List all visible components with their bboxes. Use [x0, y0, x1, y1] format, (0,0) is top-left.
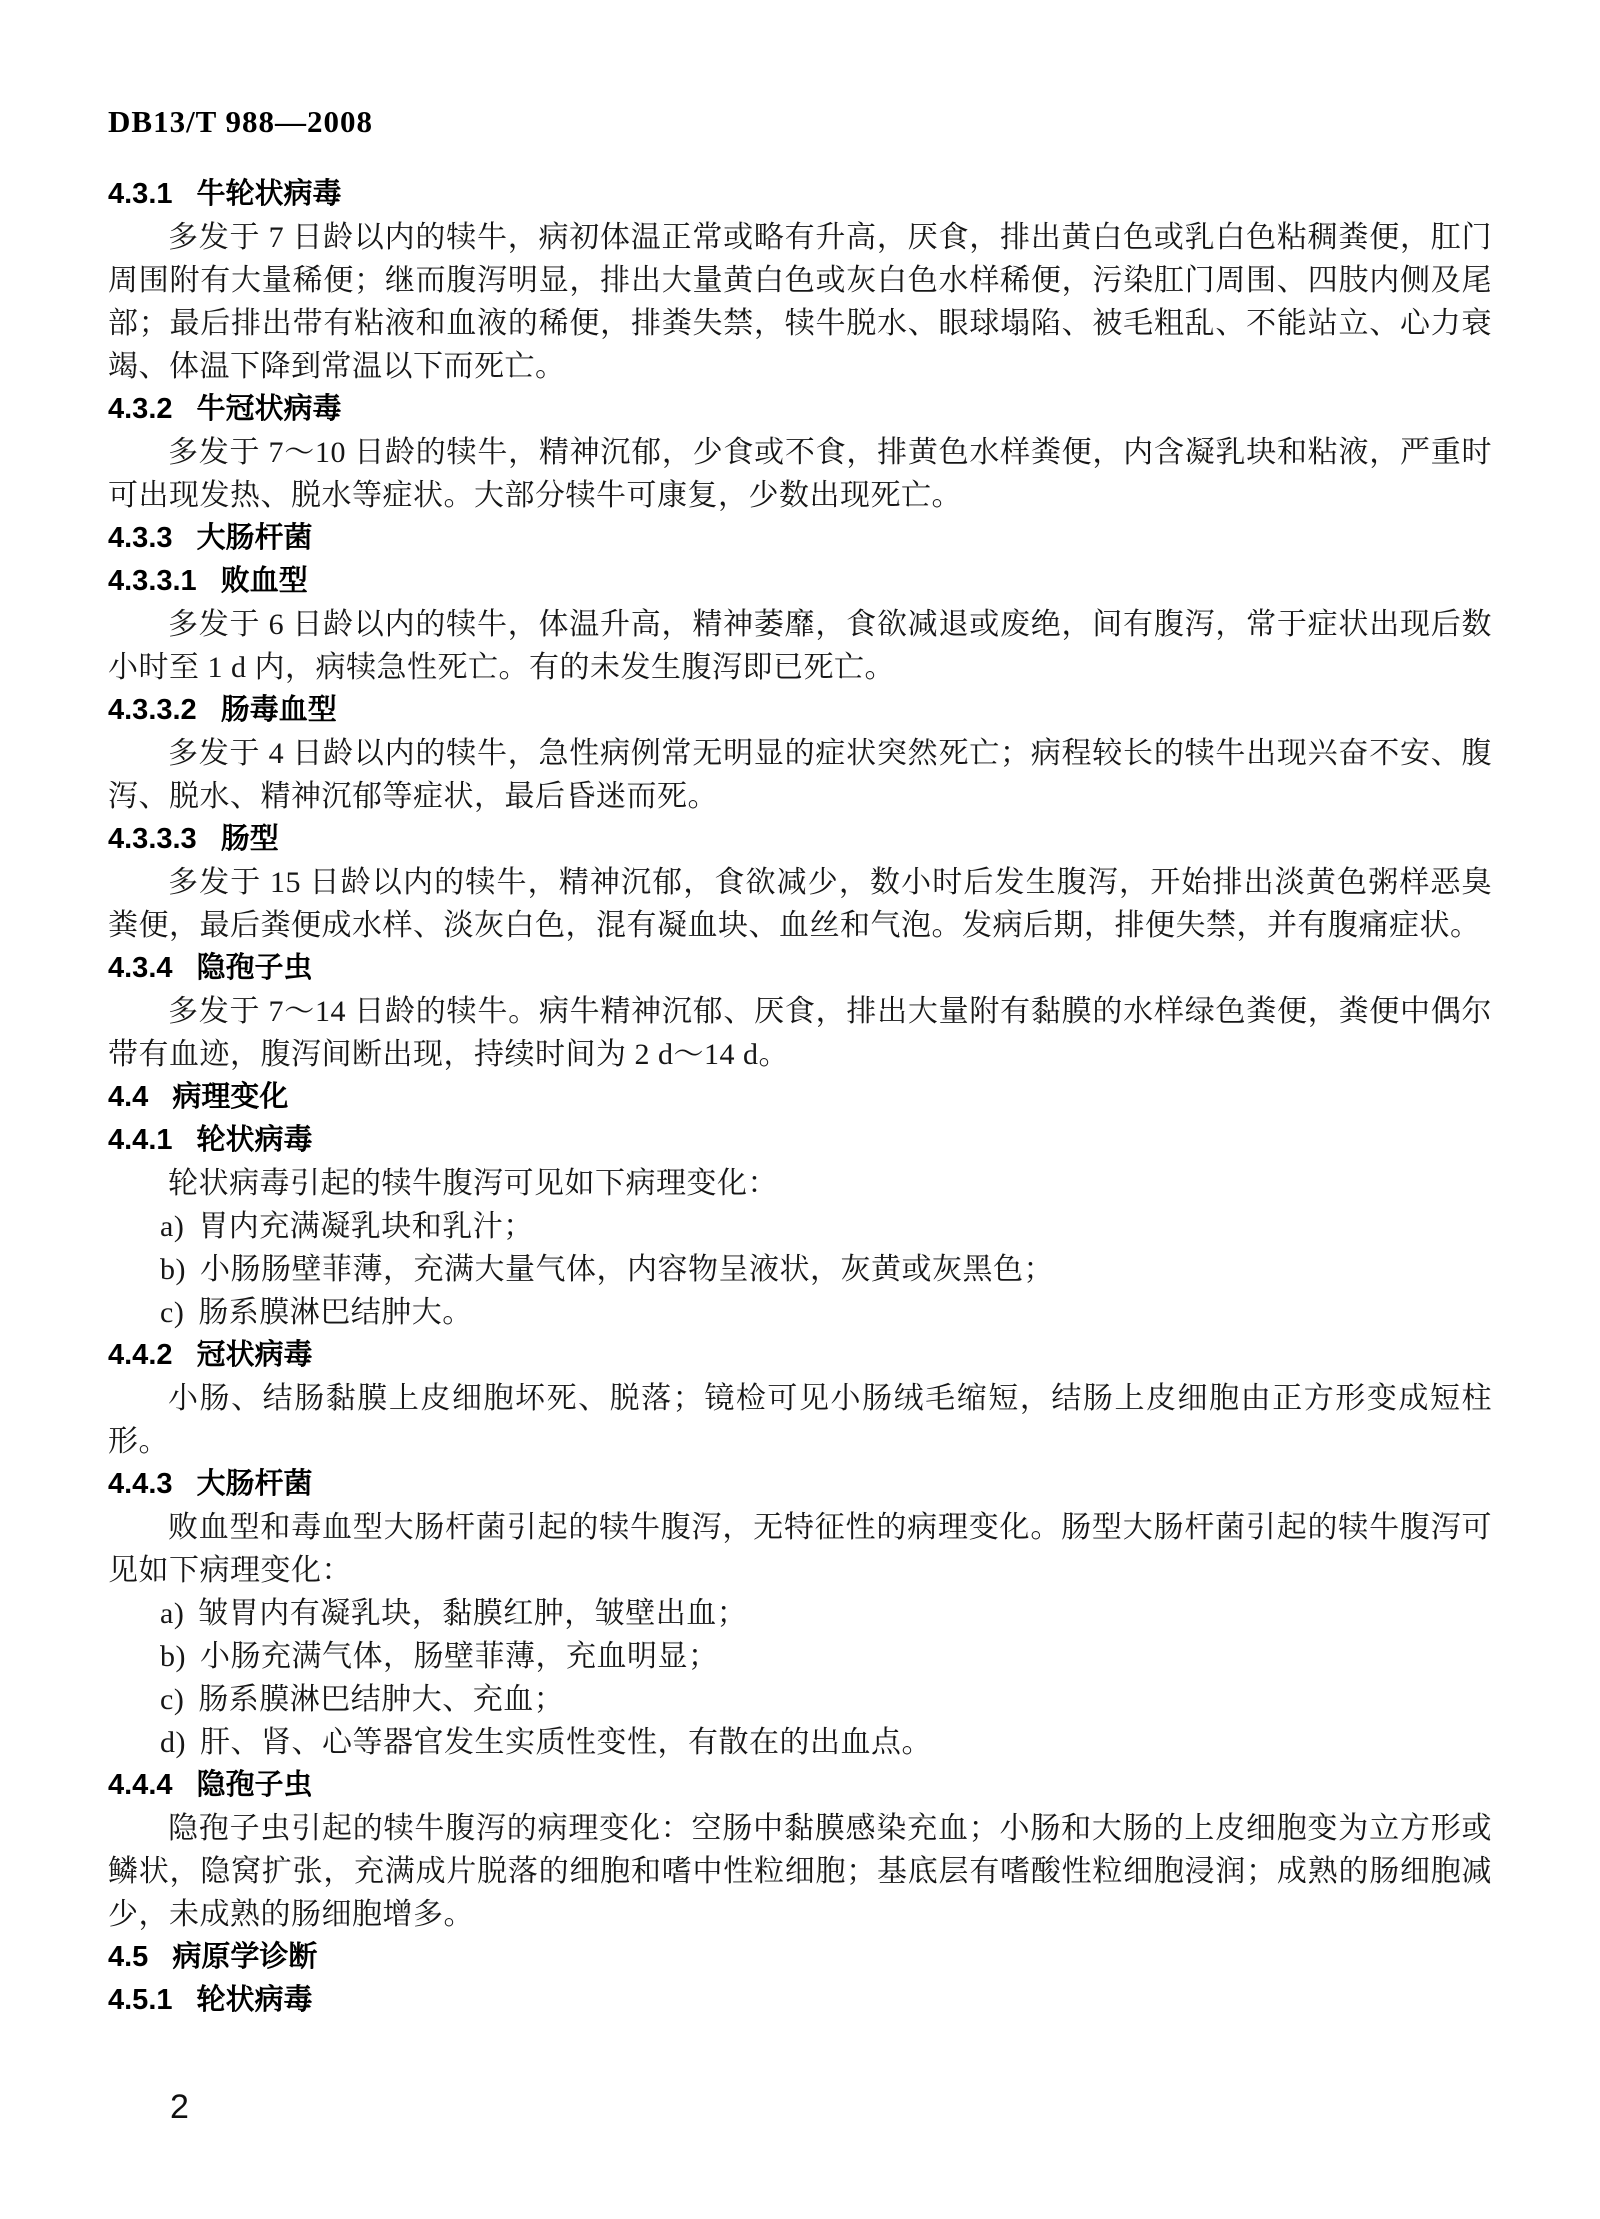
body-paragraph: 多发于 4 日龄以内的犊牛，急性病例常无明显的症状突然死亡；病程较长的犊牛出现兴…: [108, 732, 1492, 818]
body-paragraph: 隐孢子虫引起的犊牛腹泻的病理变化：空肠中黏膜感染充血；小肠和大肠的上皮细胞变为立…: [108, 1807, 1492, 1936]
section-heading-4-3-3-3: 4.3.3.3肠型: [108, 818, 1492, 861]
body-paragraph: 多发于 7～14 日龄的犊牛。病牛精神沉郁、厌食，排出大量附有黏膜的水样绿色粪便…: [108, 990, 1492, 1076]
page-number: 2: [170, 2088, 189, 2127]
section-number: 4.4: [108, 1081, 148, 1113]
section-number: 4.3.3.3: [108, 823, 197, 855]
section-number: 4.3.1: [108, 178, 173, 210]
list-item-text: 肠系膜淋巴结肿大、充血；: [198, 1683, 564, 1716]
section-heading-4-4-4: 4.4.4隐孢子虫: [108, 1764, 1492, 1807]
section-title: 隐孢子虫: [197, 952, 313, 984]
body-paragraph: 轮状病毒引起的犊牛腹泻可见如下病理变化：: [108, 1162, 1492, 1205]
section-number: 4.3.2: [108, 393, 173, 425]
list-item: a)胃内充满凝乳块和乳汁；: [108, 1205, 1492, 1248]
list-item-label: b): [160, 1640, 186, 1673]
section-heading-4-4-2: 4.4.2冠状病毒: [108, 1334, 1492, 1377]
list-item-text: 小肠肠壁菲薄，充满大量气体，内容物呈液状，灰黄或灰黑色；: [200, 1253, 1054, 1286]
section-title: 大肠杆菌: [197, 522, 313, 554]
section-title: 病理变化: [172, 1081, 288, 1113]
body-paragraph: 多发于 15 日龄以内的犊牛，精神沉郁，食欲减少，数小时后发生腹泻，开始排出淡黄…: [108, 861, 1492, 947]
section-number: 4.4.4: [108, 1769, 173, 1801]
list-item-text: 小肠充满气体，肠壁菲薄，充血明显；: [200, 1640, 719, 1673]
list-item: a)皱胃内有凝乳块，黏膜红肿，皱壁出血；: [108, 1592, 1492, 1635]
list-item-label: c): [160, 1683, 184, 1716]
section-number: 4.3.4: [108, 952, 173, 984]
section-number: 4.3.3: [108, 522, 173, 554]
section-number: 4.3.3.2: [108, 694, 197, 726]
section-title: 病原学诊断: [172, 1941, 317, 1973]
list-item: c)肠系膜淋巴结肿大、充血；: [108, 1678, 1492, 1721]
list-item-label: a): [160, 1210, 184, 1243]
list-item-label: c): [160, 1296, 184, 1329]
section-number: 4.5: [108, 1941, 148, 1973]
section-title: 肠毒血型: [221, 694, 337, 726]
section-heading-4-4: 4.4病理变化: [108, 1076, 1492, 1119]
list-item: b)小肠肠壁菲薄，充满大量气体，内容物呈液状，灰黄或灰黑色；: [108, 1248, 1492, 1291]
section-heading-4-3-1: 4.3.1牛轮状病毒: [108, 173, 1492, 216]
section-number: 4.4.1: [108, 1124, 173, 1156]
section-title: 牛轮状病毒: [197, 178, 342, 210]
section-heading-4-3-3: 4.3.3大肠杆菌: [108, 517, 1492, 560]
section-heading-4-3-3-1: 4.3.3.1败血型: [108, 560, 1492, 603]
list-item-label: d): [160, 1726, 186, 1759]
list-item-text: 肠系膜淋巴结肿大。: [198, 1296, 473, 1329]
standard-code: DB13/T 988—2008: [108, 100, 1492, 143]
section-title: 肠型: [221, 823, 279, 855]
section-heading-4-4-3: 4.4.3大肠杆菌: [108, 1463, 1492, 1506]
section-title: 隐孢子虫: [197, 1769, 313, 1801]
section-heading-4-5: 4.5病原学诊断: [108, 1936, 1492, 1979]
section-heading-4-4-1: 4.4.1轮状病毒: [108, 1119, 1492, 1162]
section-heading-4-3-4: 4.3.4隐孢子虫: [108, 947, 1492, 990]
list-item-text: 肝、肾、心等器官发生实质性变性，有散在的出血点。: [200, 1726, 932, 1759]
section-title: 牛冠状病毒: [197, 393, 342, 425]
section-title: 冠状病毒: [197, 1339, 313, 1371]
list-item: b)小肠充满气体，肠壁菲薄，充血明显；: [108, 1635, 1492, 1678]
section-heading-4-3-2: 4.3.2牛冠状病毒: [108, 388, 1492, 431]
section-heading-4-3-3-2: 4.3.3.2肠毒血型: [108, 689, 1492, 732]
document-content: DB13/T 988—2008 4.3.1牛轮状病毒 多发于 7 日龄以内的犊牛…: [108, 100, 1492, 2022]
list-item: d)肝、肾、心等器官发生实质性变性，有散在的出血点。: [108, 1721, 1492, 1764]
document-page: DB13/T 988—2008 4.3.1牛轮状病毒 多发于 7 日龄以内的犊牛…: [0, 0, 1600, 2219]
body-paragraph: 多发于 7～10 日龄的犊牛，精神沉郁，少食或不食，排黄色水样粪便，内含凝乳块和…: [108, 431, 1492, 517]
list-item-label: a): [160, 1597, 184, 1630]
section-number: 4.3.3.1: [108, 565, 197, 597]
list-item-label: b): [160, 1253, 186, 1286]
section-number: 4.5.1: [108, 1984, 173, 2016]
section-title: 轮状病毒: [197, 1124, 313, 1156]
list-item-text: 皱胃内有凝乳块，黏膜红肿，皱壁出血；: [198, 1597, 747, 1630]
list-item: c)肠系膜淋巴结肿大。: [108, 1291, 1492, 1334]
section-heading-4-5-1: 4.5.1轮状病毒: [108, 1979, 1492, 2022]
body-paragraph: 多发于 6 日龄以内的犊牛，体温升高，精神萎靡，食欲减退或废绝，间有腹泻，常于症…: [108, 603, 1492, 689]
section-title: 大肠杆菌: [197, 1468, 313, 1500]
body-paragraph: 败血型和毒血型大肠杆菌引起的犊牛腹泻，无特征性的病理变化。肠型大肠杆菌引起的犊牛…: [108, 1506, 1492, 1592]
body-paragraph: 小肠、结肠黏膜上皮细胞坏死、脱落；镜检可见小肠绒毛缩短，结肠上皮细胞由正方形变成…: [108, 1377, 1492, 1463]
body-paragraph: 多发于 7 日龄以内的犊牛，病初体温正常或略有升高，厌食，排出黄白色或乳白色粘稠…: [108, 216, 1492, 388]
section-title: 败血型: [221, 565, 308, 597]
section-number: 4.4.2: [108, 1339, 173, 1371]
list-item-text: 胃内充满凝乳块和乳汁；: [198, 1210, 534, 1243]
section-title: 轮状病毒: [197, 1984, 313, 2016]
section-number: 4.4.3: [108, 1468, 173, 1500]
